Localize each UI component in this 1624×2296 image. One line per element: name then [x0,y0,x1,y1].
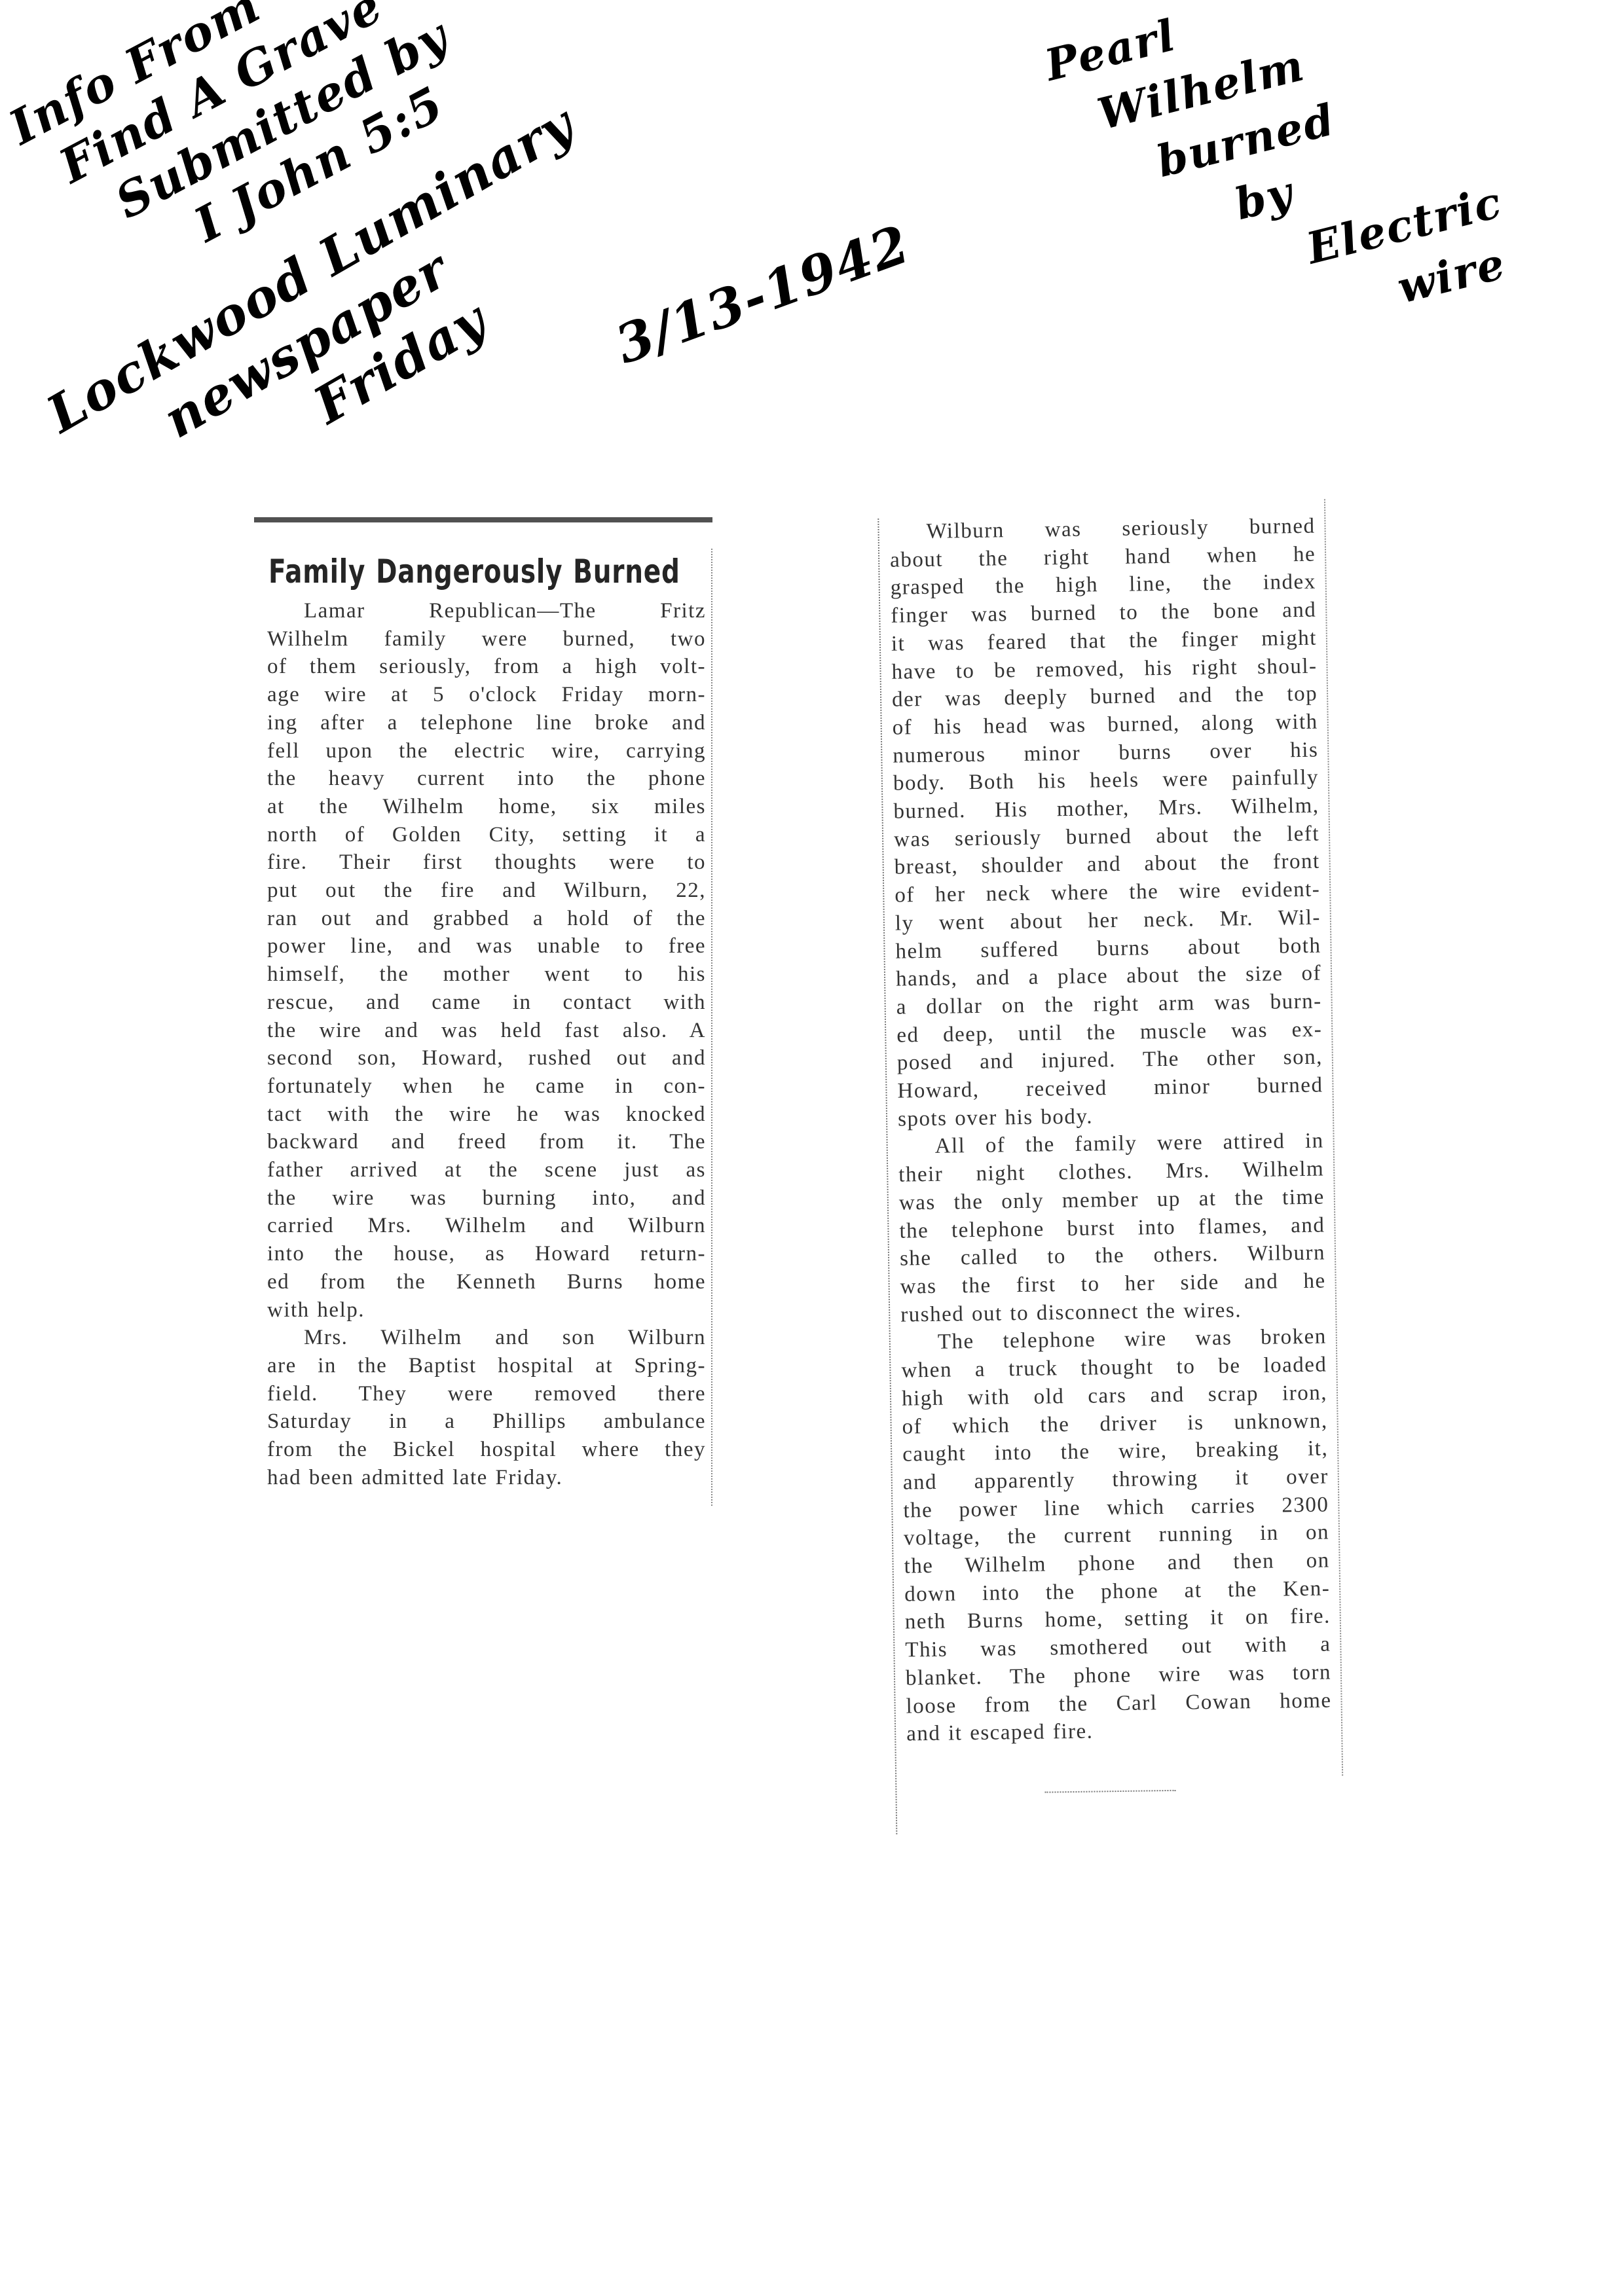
article-line: second son, Howard, rushed out and [267,1044,706,1072]
article-line: Saturday in a Phillips ambulance [267,1408,706,1436]
article-line: Wilhelm family were burned, two [267,625,706,653]
article-line: the wire and was held fast also. A [267,1017,706,1045]
article-line: from the Bickel hospital where they [267,1436,706,1464]
article-line: the wire was burning into, and [267,1184,706,1212]
article-line: himself, the mother went to his [267,960,706,989]
column-body: Wilburn was seriously burnedabout the ri… [889,513,1332,1749]
article-line: north of Golden City, setting it a [267,821,706,849]
article-line: are in the Baptist hospital at Spring- [267,1352,706,1380]
article-line: ed from the Kenneth Burns home [267,1268,706,1296]
article-line: field. They were removed there [267,1380,706,1408]
article-line: at the Wilhelm home, six miles [267,793,706,821]
article-line: had been admitted late Friday. [267,1464,706,1492]
clipping-column-1: Family Dangerously Burned Lamar Republic… [254,517,712,1506]
article-line: with help. [267,1296,706,1324]
article-line: fortunately when he came in con- [267,1072,706,1101]
clipping-column-2: Wilburn was seriously burnedabout the ri… [876,499,1346,1834]
article-line: Lamar Republican—The Fritz [267,597,706,625]
end-rule [1044,1790,1175,1793]
article-line: power line, and was unable to free [267,932,706,960]
article-paragraph: Mrs. Wilhelm and son Wilburnare in the B… [267,1324,706,1491]
article-line: rescue, and came in contact with [267,989,706,1017]
article-line: backward and freed from it. The [267,1128,706,1156]
article-line: father arrived at the scene just as [267,1156,706,1184]
article-line: ing after a telephone line broke and [267,709,706,737]
article-line: put out the fire and Wilburn, 22, [267,877,706,905]
article-paragraph: The telephone wire was brokenwhen a truc… [901,1323,1333,1749]
article-line: age wire at 5 o'clock Friday morn- [267,681,706,709]
article-line: ran out and grabbed a hold of the [267,905,706,933]
handwritten-date: 3/13-1942 [608,213,918,376]
article-paragraph: All of the family were attired intheir n… [898,1127,1326,1329]
article-paragraph: Wilburn was seriously burnedabout the ri… [889,513,1323,1133]
article-headline: Family Dangerously Burned [268,549,610,594]
article-line: was the first to her side and he [900,1267,1326,1302]
article-line: into the house, as Howard return- [267,1240,706,1268]
article-paragraph: Lamar Republican—The FritzWilhelm family… [267,597,706,1324]
article-line: and it escaped fire. [906,1715,1333,1749]
article-line: fire. Their first thoughts were to [267,848,706,877]
article-line: carried Mrs. Wilhelm and Wilburn [267,1212,706,1240]
article-line: Mrs. Wilhelm and son Wilburn [267,1324,706,1352]
article-line: of them seriously, from a high volt- [267,653,706,681]
article-line: Howard, received minor burned [897,1072,1323,1106]
column-body: Lamar Republican—The FritzWilhelm family… [262,597,706,1492]
article-line: tact with the wire he was knocked [267,1101,706,1129]
article-line: the heavy current into the phone [267,765,706,793]
handwritten-note-subject: Pearl Wilhelm burned by Electric wire [1039,0,1522,388]
article-line: fell upon the electric wire, carrying [267,737,706,765]
